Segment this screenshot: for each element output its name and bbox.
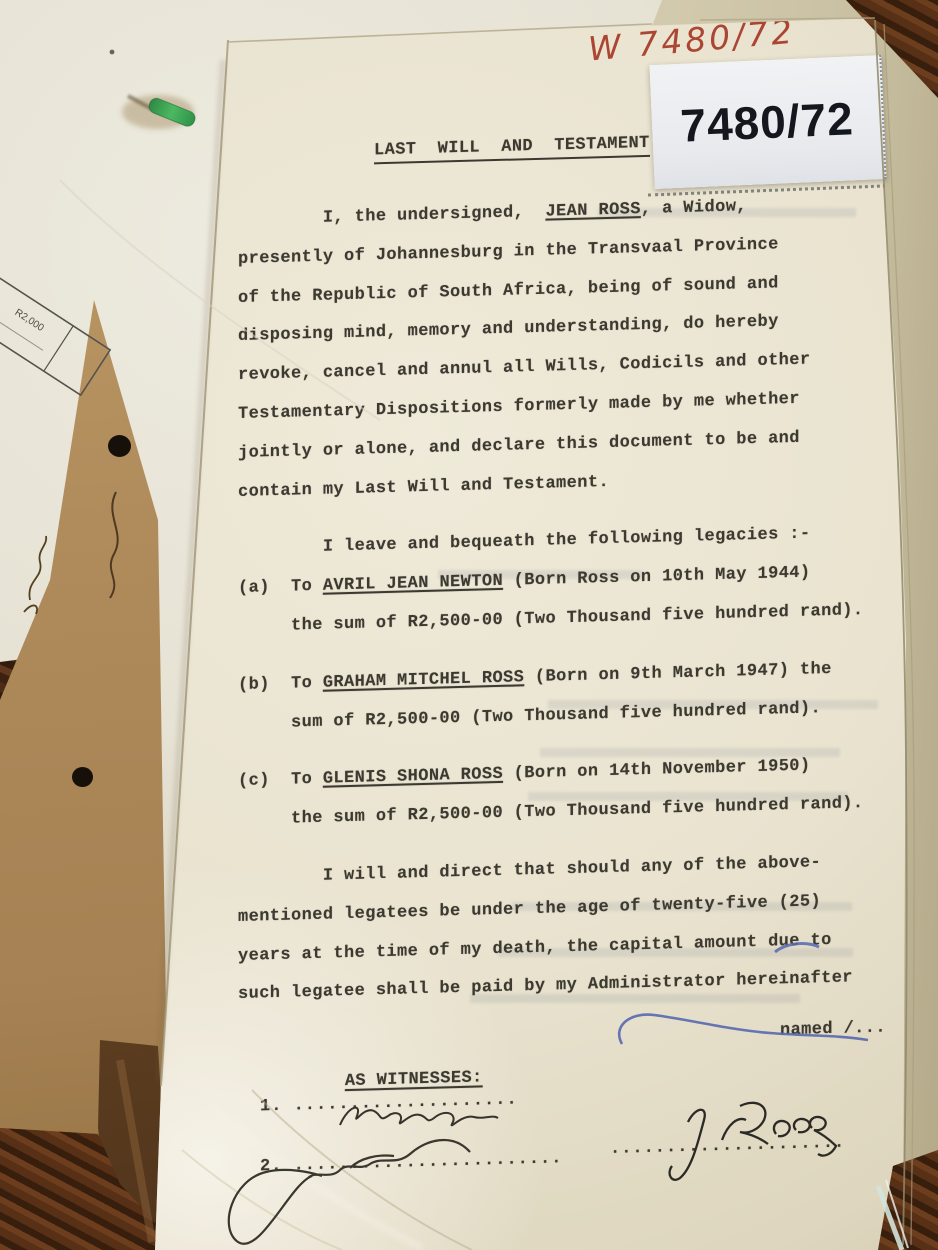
dotted-line: ........................ (294, 1149, 563, 1175)
punch-hole (108, 435, 131, 457)
witness-2-line: 2. ........................ (260, 1149, 562, 1176)
testator-line: ..................... (610, 1134, 845, 1159)
witness-1-line: 1. .................... (260, 1090, 518, 1116)
case-number-sticker: 7480/72 (649, 55, 886, 189)
case-number: 7480/72 (679, 91, 854, 153)
typed-document-content: LAST WILL AND TESTAMENT I, the undersign… (238, 124, 886, 1250)
photo-of-will-document: LAST WILL AND TESTAMENT I, the undersign… (0, 0, 938, 1250)
dotted-line: ..................... (610, 1134, 845, 1159)
document-body: I, the undersigned, JEAN ROSS, a Widow,p… (238, 184, 886, 1015)
continuation-mark: named /... (780, 1010, 886, 1052)
signature-area: 1. .................... 2. .............… (238, 1048, 886, 1250)
dotted-line: .................... (294, 1090, 518, 1115)
punch-hole (72, 767, 93, 787)
